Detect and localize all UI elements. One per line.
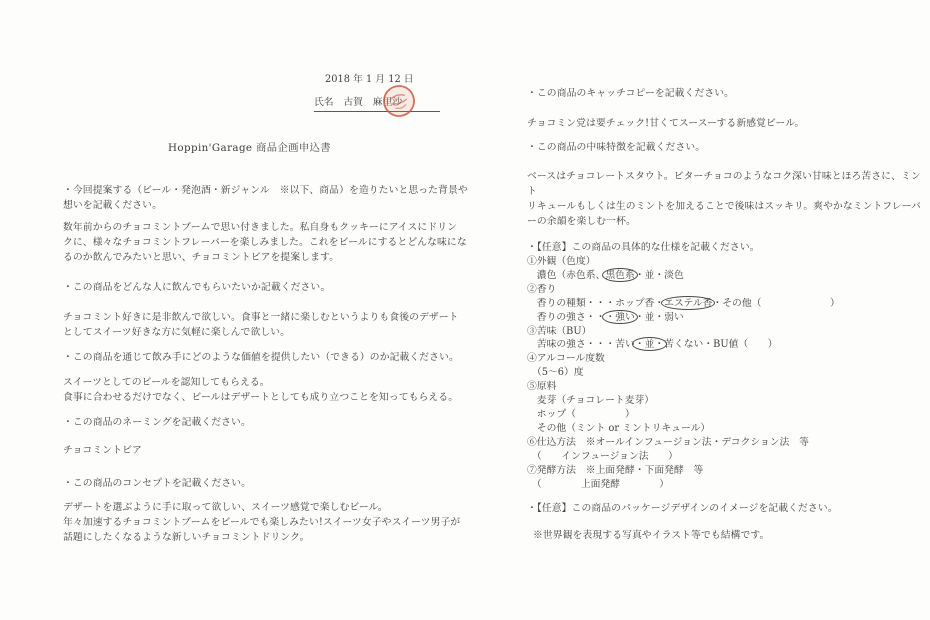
spec-text: ⑦発酵方法 ※上面発酵・下面発酵 等 <box>527 465 703 476</box>
spec-text: ・並・弱い <box>635 312 684 323</box>
seal-icon <box>382 84 416 118</box>
circled-choice-ester-aroma: エステル香 <box>664 298 712 309</box>
spec-text: 香りの種類・・・ホップ香・ <box>527 298 664 309</box>
applicant-name: 氏名 古賀 麻里沙 <box>314 94 440 112</box>
spec-text: ①外観（色度） <box>527 256 596 267</box>
spec-text: （ 上面発酵 ） <box>527 479 669 490</box>
scanned-form-page: 2018 年 1 月 12 日 氏名 古賀 麻里沙 Hoppin'Garage … <box>0 0 930 620</box>
form-title: Hoppin'Garage 商品企画申込書 <box>168 139 331 154</box>
spec-line-mashing-method: ⑥仕込方法 ※オールインフュージョン法・デコクション法 等 <box>527 436 840 450</box>
question-taste-features: ・この商品の中味特徴を記載ください。 <box>527 140 705 155</box>
spec-text: （ インフュージョン法 ） <box>527 451 678 462</box>
answer-taste-features: ベースはチョコレートスタウト。ビターチョコのようなコク深い甘味とほろ苦さに、ミン… <box>527 169 930 229</box>
question-naming: ・この商品のネーミングを記載ください。 <box>63 415 251 430</box>
spec-line-color: 濃色（赤色系、黒色系・並・淡色 <box>527 269 840 283</box>
spec-text: ③苦味（BU） <box>527 326 591 337</box>
spec-text: ホップ（ ） <box>527 409 635 420</box>
spec-line-fermentation-answer: （ 上面発酵 ） <box>527 478 840 492</box>
spec-line-mashing-answer: （ インフュージョン法 ） <box>527 450 840 464</box>
question-concept: ・この商品のコンセプトを記載ください。 <box>63 476 251 491</box>
spec-text: 香りの強さ・・ <box>527 312 605 323</box>
question-value: ・この商品を通じて飲み手にどのような価値を提供したい（できる）のか記載ください。 <box>63 350 459 365</box>
form-date: 2018 年 1 月 12 日 <box>325 71 414 85</box>
spec-text: 濃色（赤色系、 <box>527 270 605 281</box>
answer-naming: チョコミントビア <box>63 443 142 458</box>
spec-line-fermentation-method: ⑦発酵方法 ※上面発酵・下面発酵 等 <box>527 464 840 478</box>
spec-text: （5～6）度 <box>527 367 584 378</box>
spec-text: ⑥仕込方法 ※オールインフュージョン法・デコクション法 等 <box>527 437 809 448</box>
spec-line-alcohol: ④アルコール度数 <box>527 352 840 366</box>
spec-text: ⑤原料 <box>527 381 556 392</box>
circled-choice-black-color: 黒色系 <box>605 270 634 281</box>
spec-text: 苦味の強さ・・・苦い <box>527 339 635 350</box>
answer-background: 数年前からのチョコミントブームで思い付きました。私自身もクッキーにアイスにドリン… <box>63 220 467 265</box>
spec-text: 苦くない・BU値（ ） <box>664 339 777 350</box>
answer-catch-copy: チョコミン党は要チェック!甘くてスースーする新感覚ビール。 <box>527 116 804 131</box>
spec-text: ②香り <box>527 284 556 295</box>
spec-line-aroma: ②香り <box>527 283 840 297</box>
answer-concept: デザートを選ぶように手に取って欲しい、スイーツ感覚で楽しむビール。 年々加速する… <box>63 500 460 545</box>
spec-text: 麦芽（チョコレート麦芽） <box>527 395 654 406</box>
note-package-design: ※世界観を表現する写真やイラスト等でも結構です。 <box>533 528 769 543</box>
spec-text: ・並・淡色 <box>635 270 684 281</box>
question-background: ・今回提案する（ビール・発泡酒・新ジャンル ※以下、商品）を造りたいと思った背景… <box>63 183 468 213</box>
spec-line-other-ingredients: その他（ミント or ミントリキュール） <box>527 422 840 436</box>
spec-line-bitterness-strength: 苦味の強さ・・・苦い・並・苦くない・BU値（ ） <box>527 338 840 352</box>
circled-choice-strong: ・強い <box>605 312 634 323</box>
spec-line-hops: ホップ（ ） <box>527 408 840 422</box>
spec-line-bitterness: ③苦味（BU） <box>527 325 840 339</box>
spec-text: ④アルコール度数 <box>527 353 605 364</box>
spec-line-alcohol-degrees: （5～6）度 <box>527 366 840 380</box>
question-target-drinker: ・この商品をどんな人に飲んでもらいたいか記載ください。 <box>63 280 330 295</box>
question-catch-copy: ・この商品のキャッチコピーを記載ください。 <box>527 86 734 101</box>
question-specifications: ・【任意】この商品の具体的な仕様を記載ください。 <box>527 240 760 255</box>
hanko-seal-stamp <box>382 84 416 118</box>
spec-text: その他（ミント or ミントリキュール） <box>527 423 710 434</box>
applicant-name-line: 氏名 古賀 麻里沙 <box>314 94 440 112</box>
question-package-design: ・【任意】この商品のパッケージデザインのイメージを記載ください。 <box>527 501 838 516</box>
spec-line-malt: 麦芽（チョコレート麦芽） <box>527 394 840 408</box>
answer-target-drinker: チョコミント好きに是非飲んで欲しい。食事と一緒に楽しむというよりも食後のデザート… <box>63 310 459 340</box>
spec-line-ingredients: ⑤原料 <box>527 380 840 394</box>
spec-line-aroma-strength: 香りの強さ・・・強い・並・弱い <box>527 311 840 325</box>
spec-line-aroma-type: 香りの種類・・・ホップ香・エステル香・その他（ ） <box>527 297 840 311</box>
spec-text: ・その他（ ） <box>712 298 839 309</box>
spec-line-appearance: ①外観（色度） <box>527 255 840 269</box>
specifications-list: ①外観（色度） 濃色（赤色系、黒色系・並・淡色 ②香り 香りの種類・・・ホップ香… <box>527 255 840 491</box>
circled-choice-medium: ・並・ <box>635 339 664 350</box>
answer-value: スイーツとしてのビールを認知してもらえる。 食事に合わせるだけでなく、ビールはデ… <box>63 375 458 405</box>
